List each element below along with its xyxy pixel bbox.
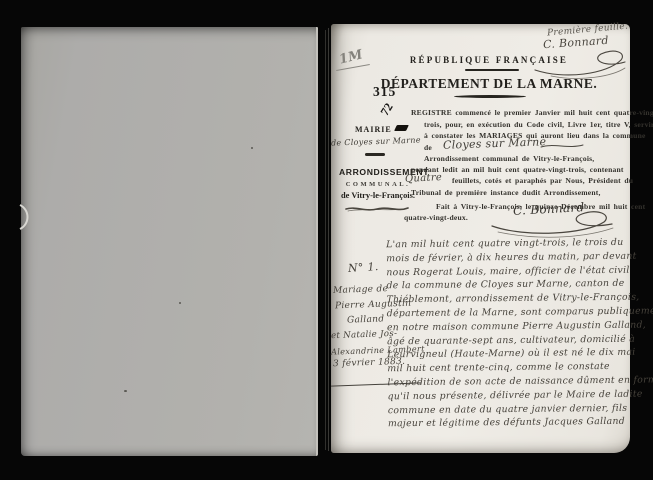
dust-speck	[179, 302, 181, 304]
commune-blank-handwritten: Cloyes sur Marne	[443, 135, 547, 152]
ink-smudge	[394, 125, 409, 131]
left-page	[21, 27, 318, 456]
mairie-commune-handwritten: de Cloyes sur Marne	[331, 135, 425, 147]
republique-title: RÉPUBLIQUE FRANÇAISE	[389, 55, 589, 65]
register-line: Tribunal de première instance dudit Arro…	[411, 188, 601, 197]
register-closing: quatre-vingt-deux.	[404, 213, 468, 222]
departement-title: DÉPARTEMENT DE LA MARNE.	[369, 76, 609, 92]
dust-speck	[124, 390, 127, 392]
book-gutter	[325, 30, 326, 450]
header-rule	[465, 69, 519, 71]
header-rule-ornament	[454, 95, 526, 98]
act-body: L'an mil huit cent quatre vingt-trois, l…	[386, 236, 634, 432]
act-margin-number: N° 1.	[348, 260, 379, 275]
act-margin-line: Mariage de	[333, 284, 388, 296]
register-line: REGISTRE commencé le premier Janvier mil…	[411, 108, 653, 117]
right-page: Première feuille. C. Bonnard RÉPUBLIQUE …	[331, 24, 630, 453]
president-signature-flourish	[486, 200, 616, 240]
register-line: Arrondissement communal de Vitry-le-Fran…	[424, 154, 594, 163]
dust-speck	[251, 147, 253, 149]
act-margin-line: Galland	[347, 314, 385, 325]
feuillets-count-handwritten: Quatre	[405, 172, 443, 185]
page-edge-arc	[17, 203, 33, 231]
margin-ornament-dash	[365, 153, 385, 156]
mairie-text: MAIRIE	[355, 125, 392, 134]
register-line: trois, pour, en exécution du Code civil,…	[424, 120, 653, 129]
film-number: 72	[377, 100, 396, 118]
register-scan: Première feuille. C. Bonnard RÉPUBLIQUE …	[0, 0, 653, 480]
commune-blank-flourish	[539, 142, 585, 150]
book-gutter	[328, 28, 329, 451]
act-line: majeur et légitime des défunts Jacques G…	[388, 415, 634, 431]
margin-ornament-wavy	[344, 205, 410, 213]
mairie-label: MAIRIE	[355, 125, 407, 134]
register-line: pendant ledit an mil huit cent quatre-vi…	[411, 165, 624, 174]
stamp-page-number: 315	[373, 84, 396, 100]
register-line: feuillets, cotés et paraphés par Nous, P…	[452, 176, 633, 185]
commune-blank-prefix: de	[424, 143, 432, 152]
